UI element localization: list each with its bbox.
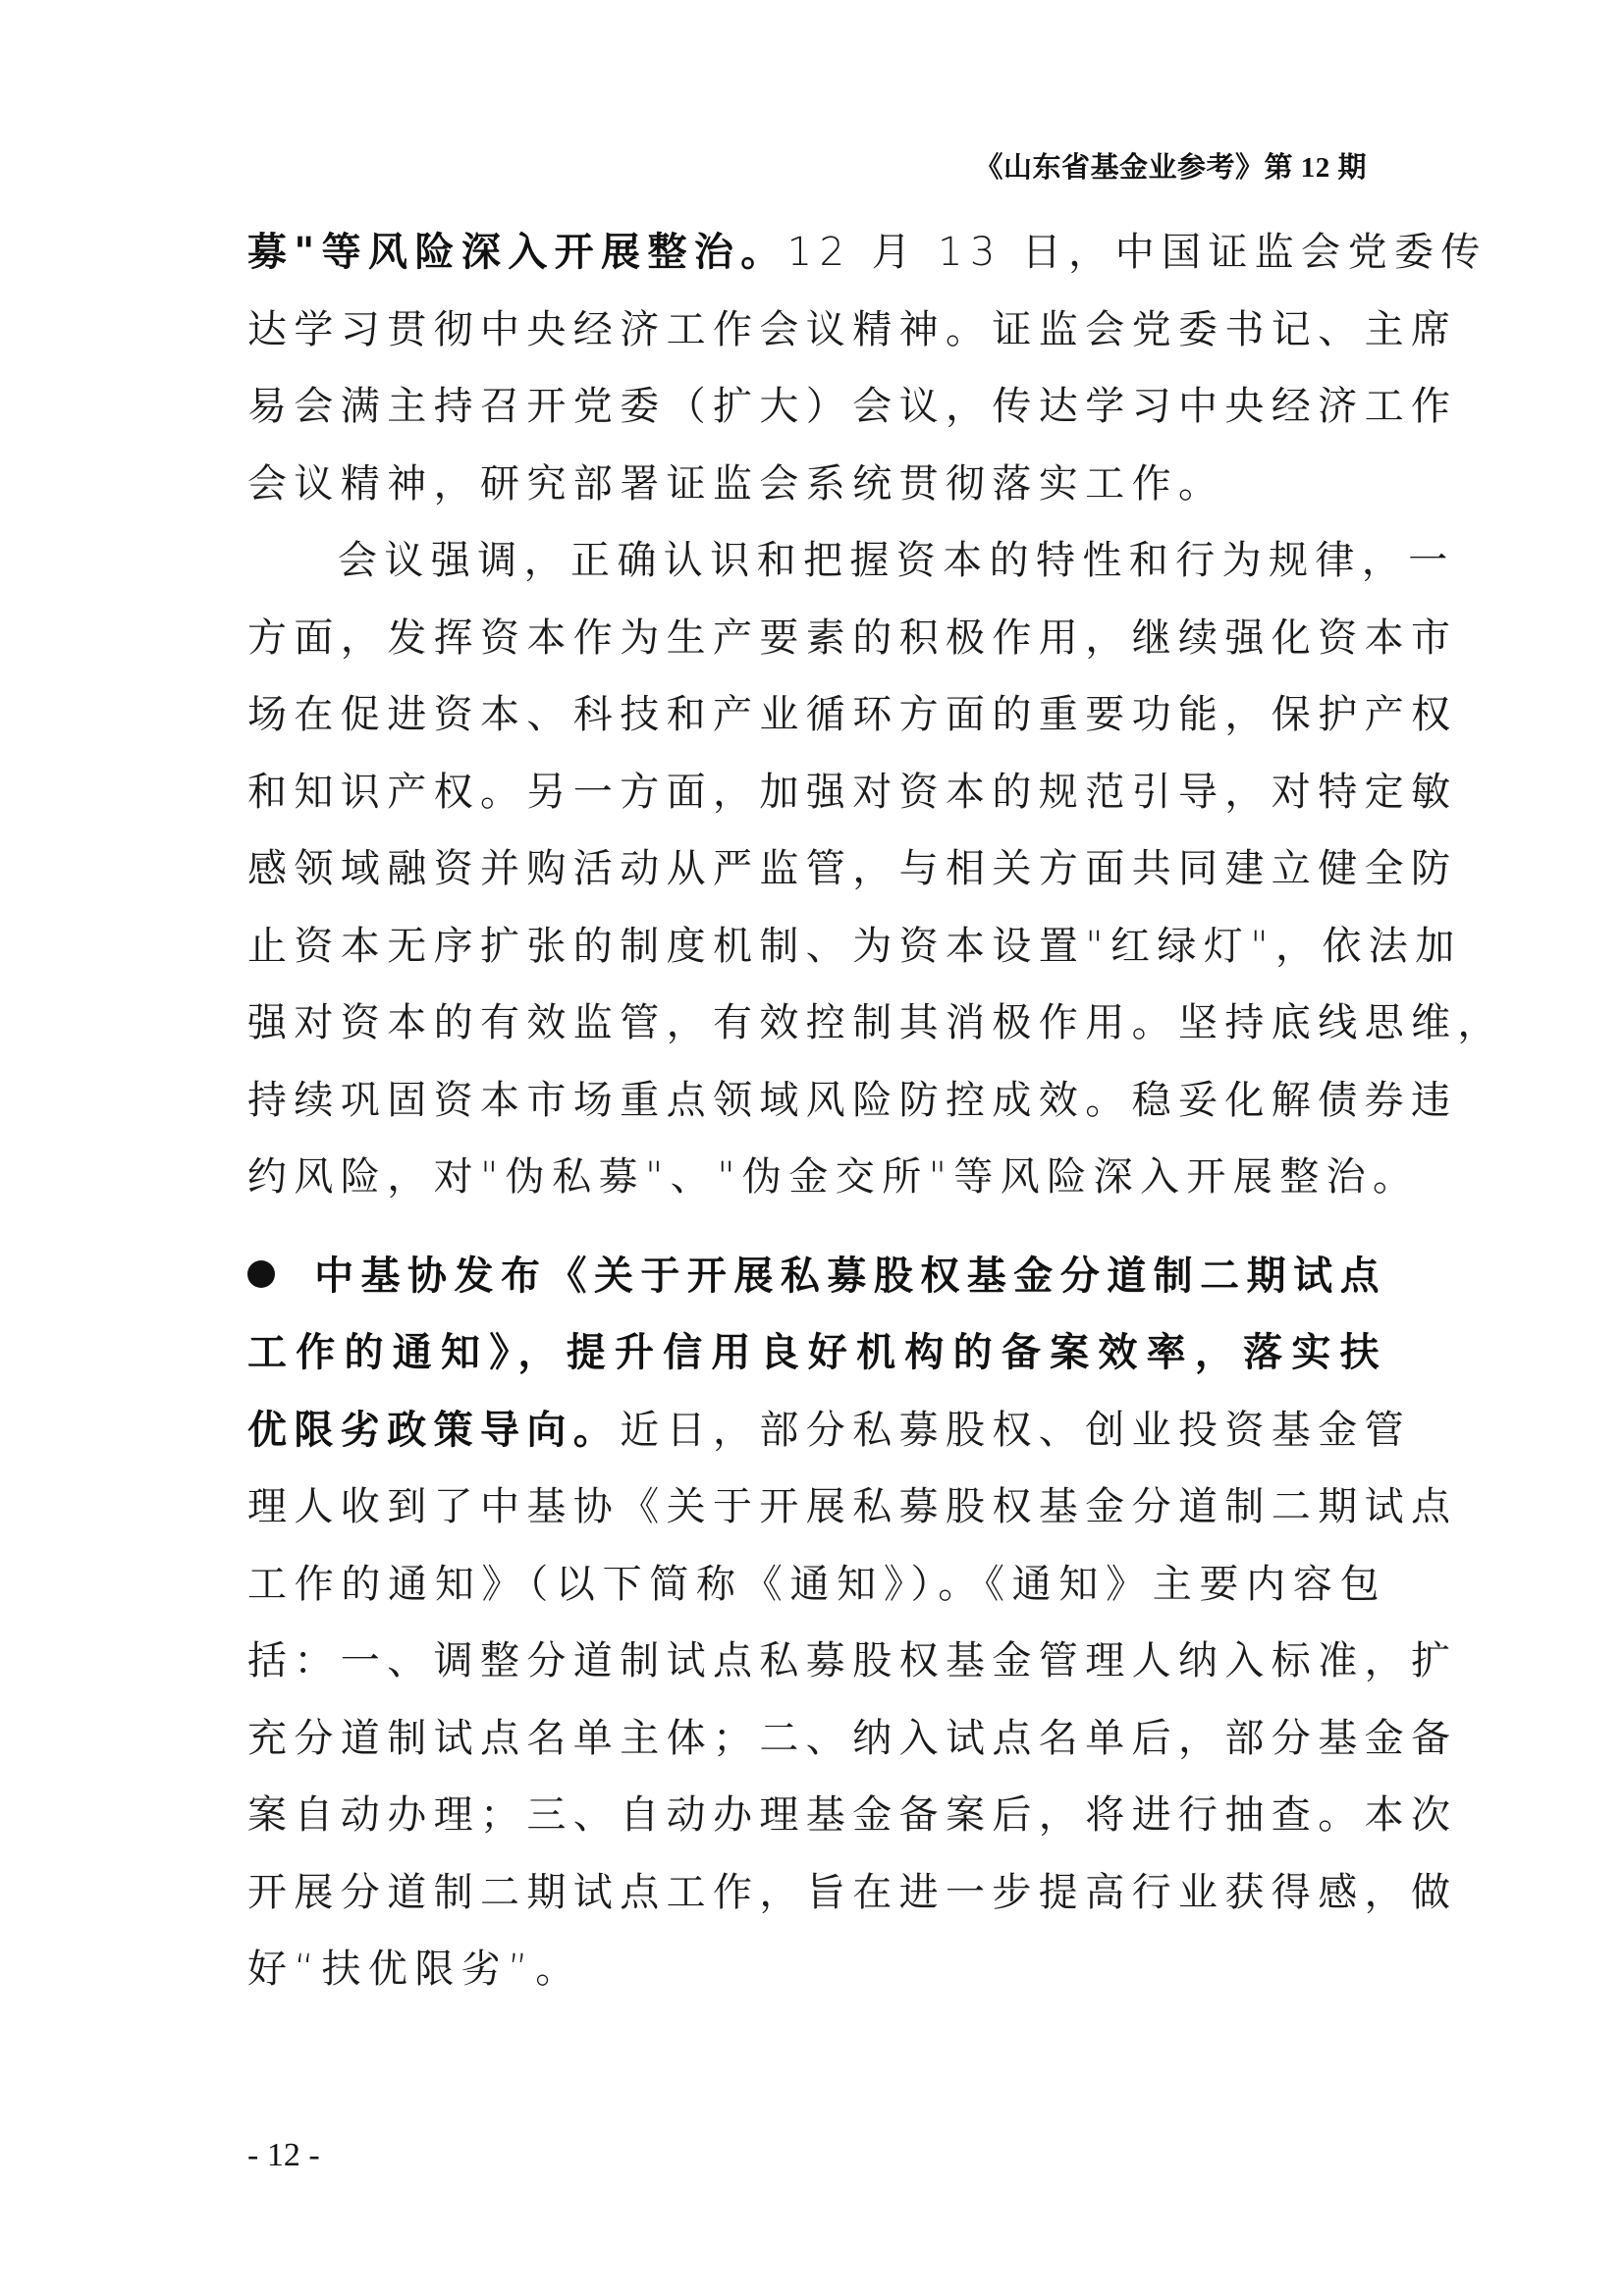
bold-headline: 优限劣政策导向。	[247, 1408, 620, 1453]
bold-headline: 工作的通知》，提升信用良好机构的备案效率，落实扶	[247, 1330, 1386, 1375]
paragraph-csrc-meeting: 募"等风险深入开展整治。12 月 13 日，中国证监会党委传 达学习贯彻中央经济…	[247, 214, 1386, 522]
document-body: 募"等风险深入开展整治。12 月 13 日，中国证监会党委传 达学习贯彻中央经济…	[247, 214, 1386, 2008]
text-line: 优限劣政策导向。近日，部分私募股权、创业投资基金管	[247, 1392, 1386, 1469]
text-line: 开展分道制二期试点工作，旨在进一步提高行业获得感，做	[247, 1854, 1386, 1932]
bullet-icon	[247, 1260, 275, 1288]
text-line: 强对资本的有效监管，有效控制其消极作用。坚持底线思维，	[247, 985, 1386, 1062]
text-line: 工作的通知》，提升信用良好机构的备案效率，落实扶	[247, 1314, 1386, 1392]
paragraph-amac-notice: 中基协发布《关于开展私募股权基金分道制二期试点 工作的通知》，提升信用良好机构的…	[247, 1238, 1386, 2008]
bold-lead: 募"等风险深入开展整治。	[247, 230, 787, 275]
text-line: 充分道制试点名单主体；二、纳入试点名单后，部分基金备	[247, 1700, 1386, 1778]
text-line: 好“扶优限劣”。	[247, 1931, 1386, 2008]
text-line: 感领域融资并购活动从严监管，与相关方面共同建立健全防	[247, 830, 1386, 908]
text-line: 场在促进资本、科技和产业循环方面的重要功能，保护产权	[247, 676, 1386, 754]
paragraph-meeting-emphasis: 会议强调，正确认识和把握资本的特性和行为规律，一 方面，发挥资本作为生产要素的积…	[247, 522, 1386, 1216]
text-line: 易会满主持召开党委（扩大）会议，传达学习中央经济工作	[247, 368, 1386, 446]
text-line: 理人收到了中基协《关于开展私募股权基金分道制二期试点	[247, 1468, 1386, 1546]
text-line: 会议强调，正确认识和把握资本的特性和行为规律，一	[247, 522, 1386, 600]
text-line: 止资本无序扩张的制度机制、为资本设置"红绿灯"，依法加	[247, 908, 1386, 986]
text-line: 案自动办理；三、自动办理基金备案后，将进行抽查。本次	[247, 1777, 1386, 1854]
publication-header: 《山东省基金业参考》第 12 期	[974, 145, 1367, 186]
bold-headline: 中基协发布《关于开展私募股权基金分道制二期试点	[314, 1254, 1386, 1299]
text-line: 募"等风险深入开展整治。12 月 13 日，中国证监会党委传	[247, 214, 1386, 292]
text-line: 会议精神，研究部署证监会系统贯彻落实工作。	[247, 446, 1386, 523]
text-line: 达学习贯彻中央经济工作会议精神。证监会党委书记、主席	[247, 292, 1386, 369]
text-line: 持续巩固资本市场重点领域风险防控成效。稳妥化解债券违	[247, 1062, 1386, 1140]
text-line: 工作的通知》（以下简称《通知》）。《通知》主要内容包	[247, 1546, 1386, 1624]
text-line: 中基协发布《关于开展私募股权基金分道制二期试点	[247, 1238, 1386, 1315]
page-number: - 12 -	[247, 2137, 320, 2174]
text-line: 约风险，对"伪私募"、"伪金交所"等风险深入开展整治。	[247, 1139, 1386, 1216]
text-line: 和知识产权。另一方面，加强对资本的规范引导，对特定敏	[247, 754, 1386, 831]
text-line: 方面，发挥资本作为生产要素的积极作用，继续强化资本市	[247, 600, 1386, 677]
text-line: 括：一、调整分道制试点私募股权基金管理人纳入标准，扩	[247, 1623, 1386, 1700]
section-gap	[247, 1216, 1386, 1238]
